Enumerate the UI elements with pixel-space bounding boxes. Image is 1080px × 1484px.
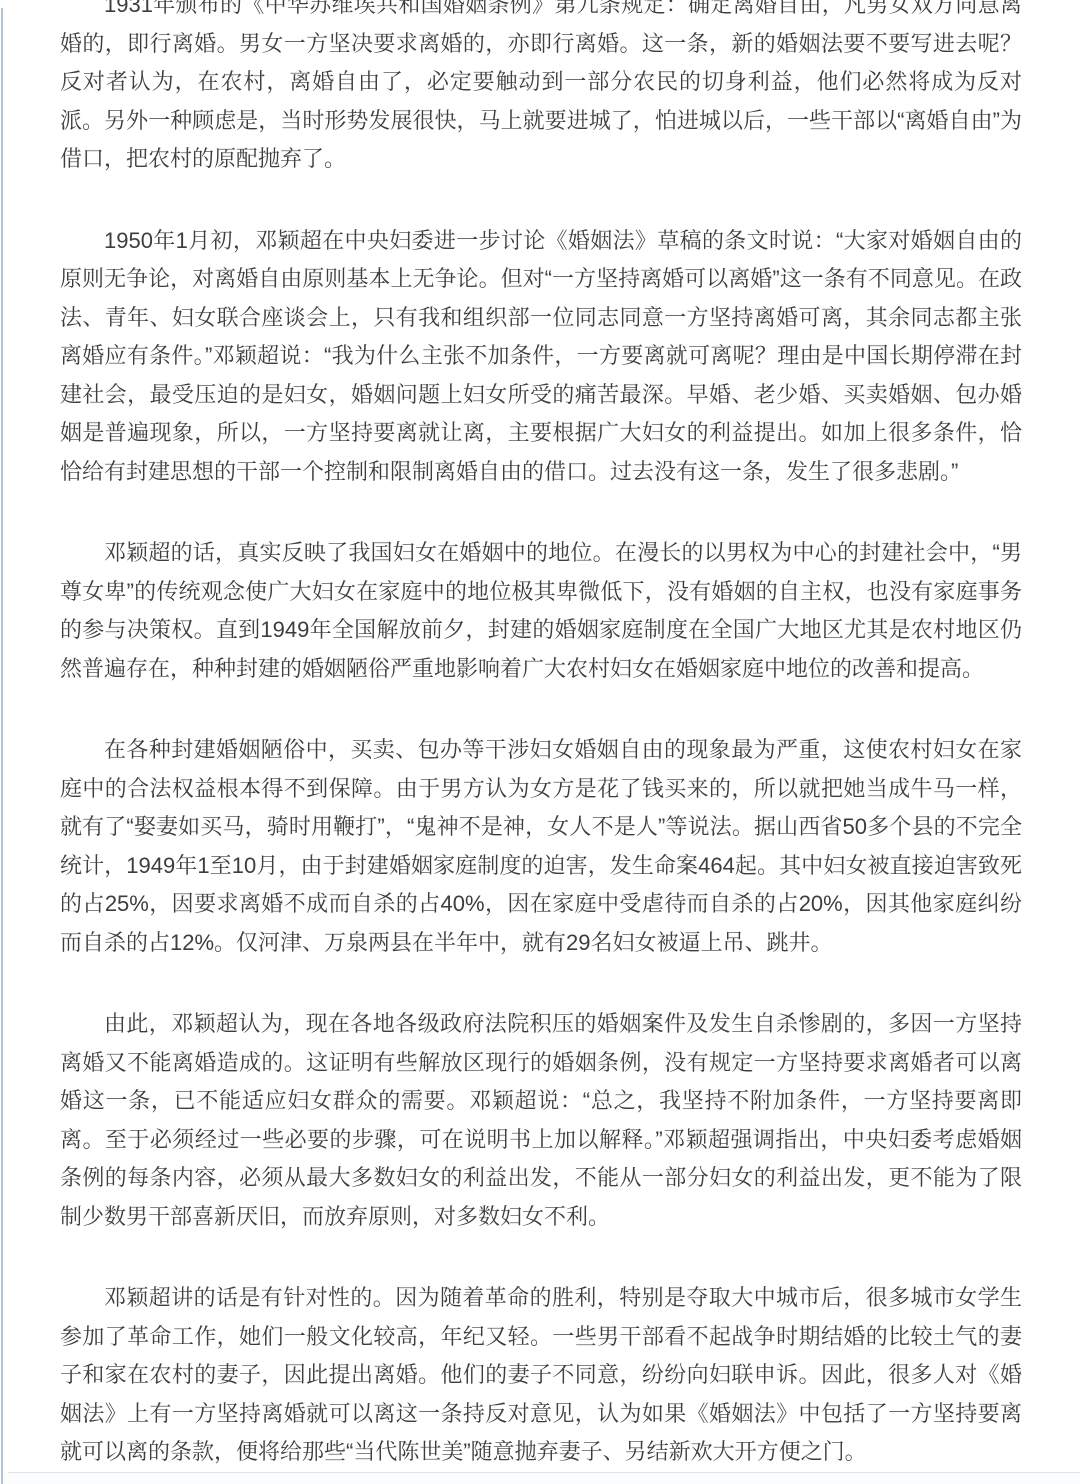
article-paragraph: 邓颖超讲的话是有针对性的。因为随着革命的胜利，特别是夺取大中城市后，很多城市女学… [60, 1279, 1022, 1472]
article-page: { "colors": { "text": "#3d3d3d", "page_l… [0, 0, 1080, 1484]
page-left-border [1, 8, 3, 1484]
next-section-area [3, 1473, 1080, 1484]
article-paragraph: 在各种封建婚姻陋俗中，买卖、包办等干涉妇女婚姻自由的现象最为严重，这使农村妇女在… [60, 731, 1022, 962]
article-paragraph: 邓颖超的话，真实反映了我国妇女在婚姻中的地位。在漫长的以男权为中心的封建社会中，… [60, 534, 1022, 688]
article-paragraph: 1931年颁布的《中华苏维埃共和国婚姻条例》第九条规定：确定离婚自由，凡男女双方… [60, 0, 1022, 179]
article-paragraph: 由此，邓颖超认为，现在各地各级政府法院积压的婚姻案件及发生自杀惨剧的，多因一方坚… [60, 1005, 1022, 1236]
article-body: 1931年颁布的《中华苏维埃共和国婚姻条例》第九条规定：确定离婚自由，凡男女双方… [0, 0, 1080, 1472]
section-divider [8, 1472, 1080, 1473]
article-paragraph: 1950年1月初，邓颖超在中央妇委进一步讨论《婚姻法》草稿的条文时说：“大家对婚… [60, 222, 1022, 492]
